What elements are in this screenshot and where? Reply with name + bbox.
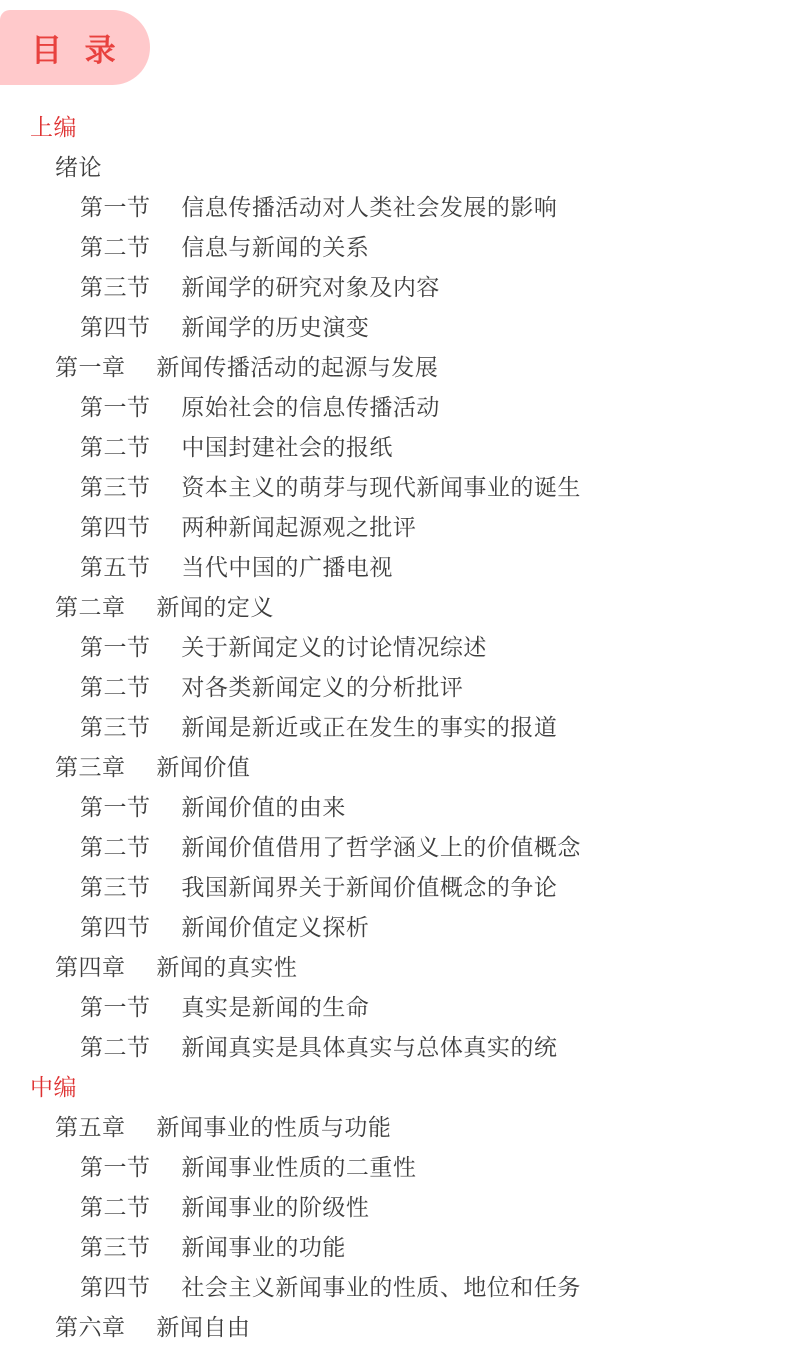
toc-entry-label: 第六章 [55,1314,126,1340]
toc-entry-title: 新闻事业的性质与功能 [156,1114,391,1140]
toc-entry: 第四节 两种新闻起源观之批评 [0,507,790,547]
toc-entry-title: 中编 [30,1074,77,1100]
toc-entry-title: 新闻事业性质的二重性 [181,1154,416,1180]
toc-entry-label: 第三节 [80,274,151,300]
toc-entry-title: 原始社会的信息传播活动 [181,394,440,420]
toc-entry: 第一节 真实是新闻的生命 [0,987,790,1027]
toc-entry: 第一节 信息传播活动对人类社会发展的影响 [0,187,790,227]
toc-entry: 第三节 新闻事业的功能 [0,1227,790,1267]
toc-entry-label: 第二节 [80,434,151,460]
toc-entry-label: 第四节 [80,314,151,340]
toc-entry-label: 第四节 [80,1274,151,1300]
toc-entry-label: 第二节 [80,1034,151,1060]
toc-entry: 第三节 新闻是新近或正在发生的事实的报道 [0,707,790,747]
toc-entry: 第二章 新闻的定义 [0,587,790,627]
toc-entry-title: 关于新闻定义的讨论情况综述 [181,634,487,660]
toc-entry: 第一节 新闻事业性质的二重性 [0,1147,790,1187]
toc-entry-label: 第二节 [80,1194,151,1220]
toc-entry-title: 新闻是新近或正在发生的事实的报道 [181,714,557,740]
toc-entry: 第三节 资本主义的萌芽与现代新闻事业的诞生 [0,467,790,507]
toc-page: 目 录 上编 绪论 第一节 信息传播活动对人类社会发展的影响 第二节 信息与新闻… [0,0,790,1351]
toc-entry: 第一章 新闻传播活动的起源与发展 [0,347,790,387]
toc-entry-title: 新闻自由 [156,1314,250,1340]
toc-entry-title: 新闻事业的阶级性 [181,1194,369,1220]
toc-entry-label: 第三章 [55,754,126,780]
toc-entry-label: 第二节 [80,834,151,860]
toc-entry-label: 第三节 [80,1234,151,1260]
toc-entry-label: 第三节 [80,474,151,500]
toc-entry-title: 上编 [30,114,77,140]
toc-entry-title: 新闻的定义 [156,594,274,620]
toc-entry: 第一节 新闻价值的由来 [0,787,790,827]
toc-entry-title: 信息传播活动对人类社会发展的影响 [181,194,557,220]
toc-entry-label: 第三节 [80,714,151,740]
toc-entry: 第二节 新闻价值借用了哲学涵义上的价值概念 [0,827,790,867]
toc-entry-label: 第二节 [80,234,151,260]
toc-entry: 第三章 新闻价值 [0,747,790,787]
toc-entry-label: 第一节 [80,634,151,660]
toc-entry: 第二节 信息与新闻的关系 [0,227,790,267]
toc-entry: 第一节 原始社会的信息传播活动 [0,387,790,427]
toc-entry-label: 第四节 [80,914,151,940]
toc-badge-title: 目 录 [0,25,123,70]
toc-entry: 第二节 新闻事业的阶级性 [0,1187,790,1227]
toc-entry-title: 新闻学的历史演变 [181,314,369,340]
toc-entry-title: 绪论 [55,154,102,180]
toc-entry-title: 新闻价值定义探析 [181,914,369,940]
toc-entry: 第五章 新闻事业的性质与功能 [0,1107,790,1147]
toc-entry-label: 第三节 [80,874,151,900]
toc-entry-label: 第五章 [55,1114,126,1140]
toc-entry-title: 资本主义的萌芽与现代新闻事业的诞生 [181,474,581,500]
toc-entry-title: 当代中国的广播电视 [181,554,393,580]
toc-entry-title: 真实是新闻的生命 [181,994,369,1020]
toc-entry: 第四节 社会主义新闻事业的性质、地位和任务 [0,1267,790,1307]
toc-entry: 中编 [0,1067,790,1107]
toc-entry-title: 新闻价值 [156,754,250,780]
toc-entry-title: 新闻价值借用了哲学涵义上的价值概念 [181,834,581,860]
toc-entry-title: 新闻的真实性 [156,954,297,980]
toc-entry-title: 新闻价值的由来 [181,794,346,820]
toc-entry-label: 第五节 [80,554,151,580]
toc-entry-label: 第一节 [80,994,151,1020]
toc-list: 上编 绪论 第一节 信息传播活动对人类社会发展的影响 第二节 信息与新闻的关系 … [0,107,790,1347]
toc-entry-title: 新闻传播活动的起源与发展 [156,354,438,380]
toc-entry-title: 中国封建社会的报纸 [181,434,393,460]
toc-entry: 第二节 对各类新闻定义的分析批评 [0,667,790,707]
toc-entry: 第五节 当代中国的广播电视 [0,547,790,587]
toc-entry-label: 第一节 [80,1154,151,1180]
toc-entry: 第二节 中国封建社会的报纸 [0,427,790,467]
toc-badge: 目 录 [0,10,150,85]
toc-entry: 第三节 新闻学的研究对象及内容 [0,267,790,307]
toc-entry: 第四节 新闻学的历史演变 [0,307,790,347]
toc-entry-label: 第一节 [80,794,151,820]
toc-entry-title: 对各类新闻定义的分析批评 [181,674,463,700]
toc-entry: 第一节 关于新闻定义的讨论情况综述 [0,627,790,667]
toc-entry: 第二节 新闻真实是具体真实与总体真实的统 [0,1027,790,1067]
toc-entry-title: 我国新闻界关于新闻价值概念的争论 [181,874,557,900]
toc-entry-label: 第二章 [55,594,126,620]
toc-entry-label: 第一节 [80,194,151,220]
toc-entry: 第四节 新闻价值定义探析 [0,907,790,947]
toc-entry-title: 新闻事业的功能 [181,1234,346,1260]
toc-entry: 第四章 新闻的真实性 [0,947,790,987]
toc-entry-title: 社会主义新闻事业的性质、地位和任务 [181,1274,581,1300]
toc-entry-label: 第一章 [55,354,126,380]
toc-entry: 上编 [0,107,790,147]
toc-entry-label: 第一节 [80,394,151,420]
toc-entry-title: 信息与新闻的关系 [181,234,369,260]
toc-entry-label: 第二节 [80,674,151,700]
toc-entry: 第三节 我国新闻界关于新闻价值概念的争论 [0,867,790,907]
toc-entry-label: 第四节 [80,514,151,540]
toc-entry-title: 两种新闻起源观之批评 [181,514,416,540]
toc-entry-title: 新闻学的研究对象及内容 [181,274,440,300]
toc-entry-title: 新闻真实是具体真实与总体真实的统 [181,1034,557,1060]
toc-entry: 绪论 [0,147,790,187]
toc-entry-label: 第四章 [55,954,126,980]
toc-entry: 第六章 新闻自由 [0,1307,790,1347]
